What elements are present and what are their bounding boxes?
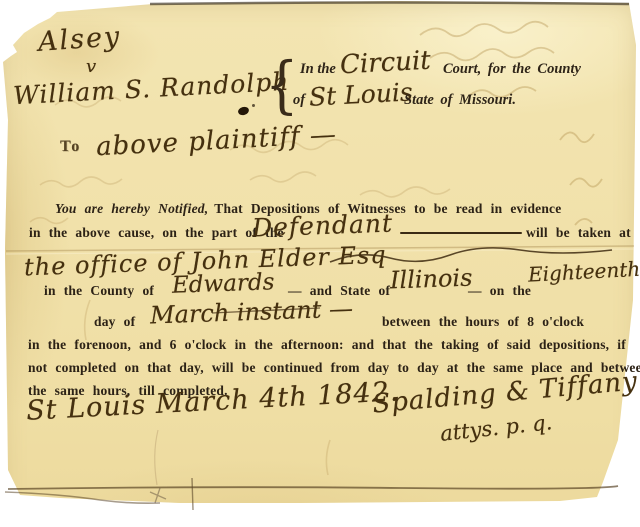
notice-line2-post: will be taken at xyxy=(526,225,631,241)
court-line2-pre: of xyxy=(293,92,305,109)
notice-line2-pre: in the above cause, on the part of the xyxy=(29,225,284,241)
court-line1-post: Court, for the County xyxy=(443,61,581,78)
plaintiff-name: Alsey xyxy=(37,21,122,58)
notice-line4-mid2: — on the xyxy=(468,283,531,299)
court-line1-pre: In the xyxy=(300,61,336,78)
court-name-handwritten: Circuit xyxy=(339,46,431,81)
notice-line5-post: between the hours of 8 o'clock xyxy=(382,314,584,330)
notice-line5-pre: day of xyxy=(94,314,135,330)
county-fill-handwritten: Edwards xyxy=(172,269,275,299)
blank-fill-dash xyxy=(400,232,522,234)
notice-line4-pre: in the County of xyxy=(44,283,154,299)
court-line2-post: State of Missouri. xyxy=(404,92,516,109)
case-caption-brace: { xyxy=(265,48,299,121)
party-handwritten: Defendant xyxy=(252,209,394,243)
county-handwritten: St Louis xyxy=(308,77,413,111)
state-fill-handwritten: Illinois xyxy=(390,264,473,295)
notice-line6: in the forenoon, and 6 o'clock in the af… xyxy=(28,337,626,353)
versus-letter: v xyxy=(86,56,96,77)
ink-speck xyxy=(252,104,255,107)
notice-bold-intro: You are hereby Notified, xyxy=(55,201,208,216)
scanned-legal-document: Alsey v William S. Randolph { In the Cir… xyxy=(0,0,640,527)
to-label: To xyxy=(60,138,81,156)
